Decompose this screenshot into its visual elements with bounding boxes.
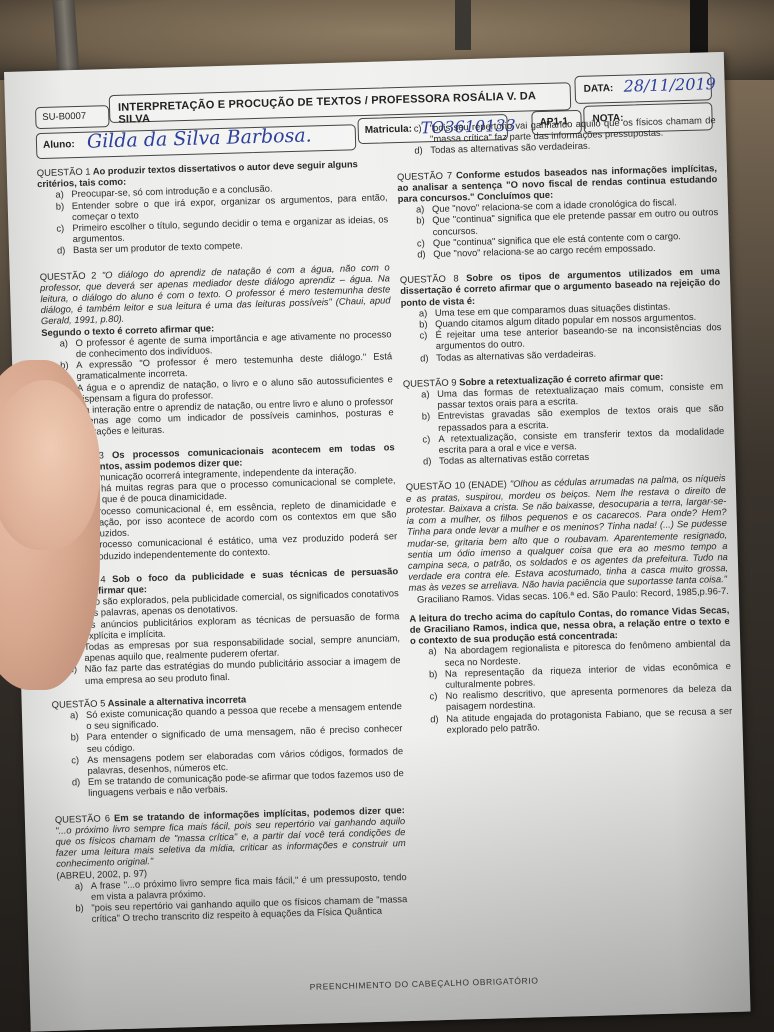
date-label: DATA: xyxy=(584,83,614,95)
option-letter: b) xyxy=(56,200,73,223)
question-10: QUESTÃO 10 (ENADE) "Olhou as cédulas arr… xyxy=(406,472,733,735)
question-4: QUESTÃO 4 Sob o foco da publicidade e su… xyxy=(48,565,401,687)
question-source: (ENADE) xyxy=(468,479,507,491)
option-letter: b) xyxy=(419,318,435,330)
option-letter: d) xyxy=(417,248,433,260)
option-letter: d) xyxy=(430,712,447,735)
option-letter: c) xyxy=(414,122,431,145)
exam-sheet: SU-B0007 INTERPRETAÇÃO E PROCUÇÃO DE TEX… xyxy=(4,52,751,1032)
question-1: QUESTÃO 1 Ao produzir textos dissertativ… xyxy=(37,157,389,256)
option-letter: c) xyxy=(422,433,439,456)
question-6: QUESTÃO 6 Em se tratando de informações … xyxy=(55,804,408,926)
date-box: DATA: 28/11/2019 xyxy=(574,72,712,104)
option-letter: a) xyxy=(416,203,432,215)
option-letter: c) xyxy=(429,690,446,713)
option-letter: a) xyxy=(70,709,87,732)
student-label: Aluno: xyxy=(43,139,75,151)
right-column: c)"pois seu repertório vai ganhando aqui… xyxy=(396,114,733,744)
option-letter: b) xyxy=(70,731,87,754)
course-code-box: SU-B0007 xyxy=(35,105,110,129)
option-letter: a) xyxy=(419,307,435,319)
option-letter: d) xyxy=(57,245,73,257)
question-5: QUESTÃO 5 Assinale a alternativa incorre… xyxy=(52,689,405,800)
option-letter: b) xyxy=(75,902,92,925)
option-letter: c) xyxy=(417,237,433,249)
question-2: QUESTÃO 2 "O diálogo do aprendiz de nata… xyxy=(40,261,395,439)
option-letter: c) xyxy=(71,754,88,777)
question-quote: "Olhou as cédulas arrumadas na palma, os… xyxy=(406,472,728,593)
background-chair-leg xyxy=(455,0,471,50)
option-letter: b) xyxy=(429,668,446,691)
date-value[interactable]: 28/11/2019 xyxy=(623,74,716,96)
question-8: QUESTÃO 8 Sobre os tipos de argumentos u… xyxy=(400,265,722,364)
option-letter: a) xyxy=(55,189,71,201)
question-7: QUESTÃO 7 Conforme estudos baseados nas … xyxy=(397,162,719,261)
course-code: SU-B0007 xyxy=(42,111,86,123)
option-letter: a) xyxy=(75,880,92,903)
option-letter: a) xyxy=(59,337,76,360)
question-9: QUESTÃO 9 Sobre a retextualização é corr… xyxy=(403,369,725,468)
option-letter: b) xyxy=(416,215,433,238)
background-chair-leg xyxy=(690,0,708,60)
option-letter: c) xyxy=(56,222,73,245)
option-letter: c) xyxy=(419,329,436,352)
option-letter: d) xyxy=(423,455,439,467)
option-letter: b) xyxy=(422,410,439,433)
option-letter: a) xyxy=(428,645,445,668)
option-letter: a) xyxy=(421,388,438,411)
option-letter: d) xyxy=(72,776,89,799)
option-letter: d) xyxy=(414,145,430,157)
option-letter: d) xyxy=(420,352,436,364)
